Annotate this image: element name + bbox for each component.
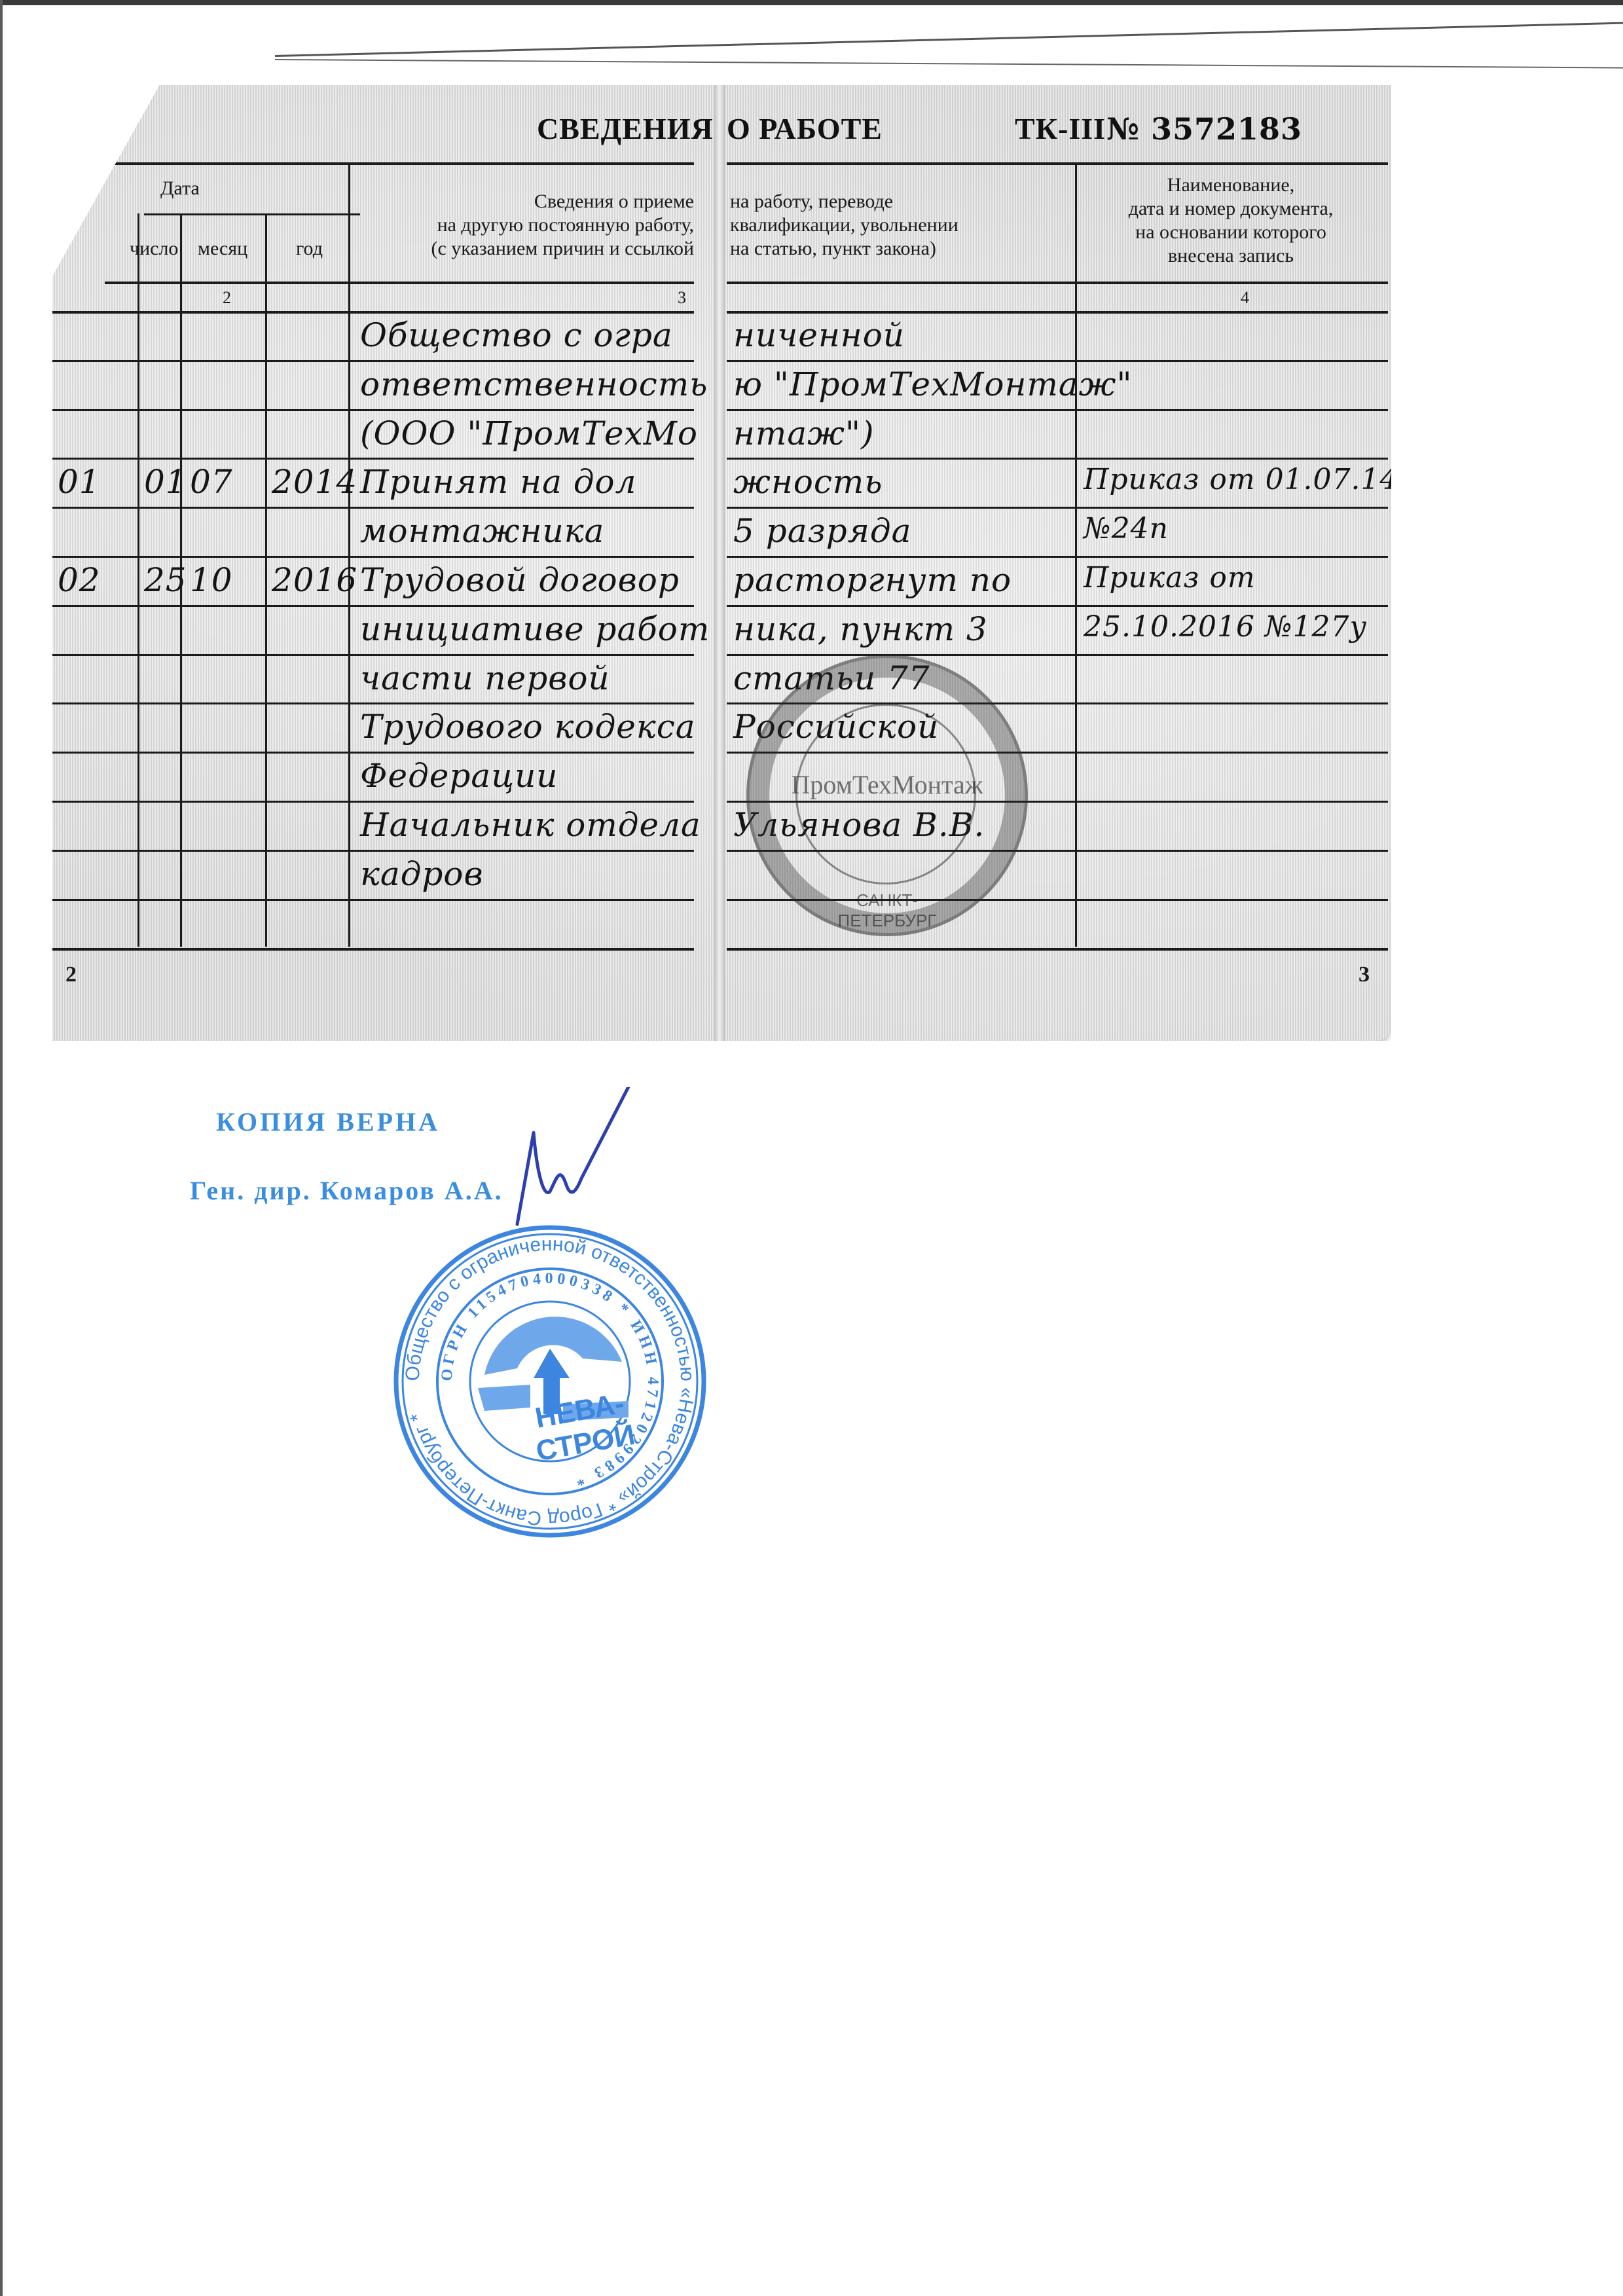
numbers-row-border [727, 311, 1388, 314]
table-top-border [105, 162, 694, 165]
company-stamp: ПромТехМонтаж САНКТ-ПЕТЕРБУРГ [746, 655, 1028, 936]
scanner-edge-top [0, 0, 1623, 5]
scanner-edge-left [0, 0, 3, 2296]
heading-left: СВЕДЕНИЯ [537, 111, 714, 146]
header-bottom-border [727, 282, 1388, 284]
record-month: 07 [190, 463, 233, 501]
record-info-left: монтажника [360, 512, 604, 550]
header-bottom-border [105, 282, 694, 284]
record-document: 25.10.2016 №127у [1084, 610, 1367, 644]
record-document: Приказ от [1084, 561, 1256, 594]
row-rule [727, 654, 1388, 656]
row-rule [52, 556, 694, 558]
heading-right: О РАБОТЕ [727, 111, 883, 146]
paper-fold-line [275, 59, 1623, 69]
paper-fold-line [275, 22, 1623, 57]
column-divider [1075, 162, 1077, 947]
record-number: 02 [58, 561, 101, 599]
row-rule [727, 360, 1388, 362]
document-number: № 3572183 [1106, 111, 1302, 147]
document-series: ТК-III [1015, 111, 1106, 146]
column-divider [137, 213, 139, 947]
record-info-left: Федерации [360, 757, 558, 795]
row-rule [727, 409, 1388, 411]
certification-title: КОПИЯ ВЕРНА [216, 1106, 440, 1137]
certification-signer: Ген. дир. Комаров А.А. [190, 1175, 503, 1206]
record-day: 01 [144, 463, 187, 501]
table-bottom-border [52, 948, 694, 951]
record-info-right: расторгнут по [733, 561, 1012, 599]
numbers-row-border [52, 311, 694, 314]
record-info-right: нтаж") [733, 414, 875, 452]
number-value: 3572183 [1151, 111, 1302, 147]
column-number-3: 3 [678, 288, 686, 308]
record-info-left: инициативе работ [360, 610, 710, 648]
number-sign: № [1106, 111, 1140, 147]
header-date-divider [144, 213, 360, 215]
record-info-left: кадров [360, 855, 484, 893]
record-info-right: ю "ПромТехМонтаж" [733, 365, 1133, 403]
row-rule [52, 360, 694, 362]
row-rule [52, 752, 694, 754]
row-rule [52, 458, 694, 460]
record-number: 01 [58, 463, 101, 501]
header-info-right: на работу, переводе квалификации, увольн… [730, 190, 1044, 261]
record-info-left: (ООО "ПромТехМо [360, 414, 698, 452]
book-spine [714, 85, 725, 1041]
record-info-left: Трудовой договор [360, 561, 680, 599]
table-bottom-border [727, 948, 1388, 951]
row-rule [52, 654, 694, 656]
header-info-left: Сведения о приеме на другую постоянную р… [380, 190, 694, 261]
stamp-city-text: САНКТ-ПЕТЕРБУРГ [809, 890, 966, 931]
record-document: Приказ от 01.07.14 [1084, 463, 1399, 496]
header-document: Наименование, дата и номер документа, на… [1080, 173, 1381, 268]
record-info-left: ответственность [360, 365, 708, 403]
employment-record-book-spread: СВЕДЕНИЯ О РАБОТЕ ТК-III № 3572183 Дата … [52, 85, 1391, 1041]
table-top-border [727, 162, 1388, 165]
row-rule [52, 850, 694, 852]
signature-icon [498, 1087, 694, 1231]
header-year: год [296, 237, 323, 261]
row-rule [52, 899, 694, 901]
column-number-4: 4 [1241, 288, 1249, 308]
record-info-right: жность [733, 463, 883, 501]
row-rule [52, 409, 694, 411]
row-rule [52, 507, 694, 509]
record-info-left: Общество с огра [360, 316, 673, 354]
page-number-left: 2 [65, 962, 77, 987]
page-number-right: 3 [1359, 962, 1370, 987]
record-month: 10 [190, 561, 233, 599]
record-info-left: части первой [360, 659, 610, 697]
row-rule [52, 702, 694, 704]
row-rule [52, 801, 694, 803]
record-info-right: ника, пункт 3 [733, 610, 988, 648]
record-info-left: Трудового кодекса [360, 708, 696, 746]
record-year: 2014 [272, 463, 357, 501]
record-day: 25 [144, 561, 187, 599]
row-rule [727, 556, 1388, 558]
column-number-2: 2 [223, 288, 231, 308]
record-info-right: 5 разряда [733, 512, 911, 550]
certification-stamp: Общество с ограниченной ответственностью… [386, 1218, 714, 1545]
row-rule [727, 458, 1388, 460]
stamp-center-text: ПромТехМонтаж [776, 769, 998, 800]
header-month: месяц [198, 237, 247, 261]
record-info-left: Начальник отдела [360, 806, 701, 844]
record-info-left: Принят на дол [360, 463, 636, 501]
header-date-group: Дата [160, 177, 200, 200]
row-rule [727, 605, 1388, 607]
column-divider [348, 162, 350, 947]
row-rule [52, 605, 694, 607]
stamp-seal-icon: Общество с ограниченной ответственностью… [386, 1218, 714, 1545]
record-info-right: ниченной [733, 316, 905, 354]
record-year: 2016 [272, 561, 357, 599]
record-document: №24п [1084, 512, 1169, 545]
row-rule [727, 507, 1388, 509]
column-divider [265, 213, 267, 947]
